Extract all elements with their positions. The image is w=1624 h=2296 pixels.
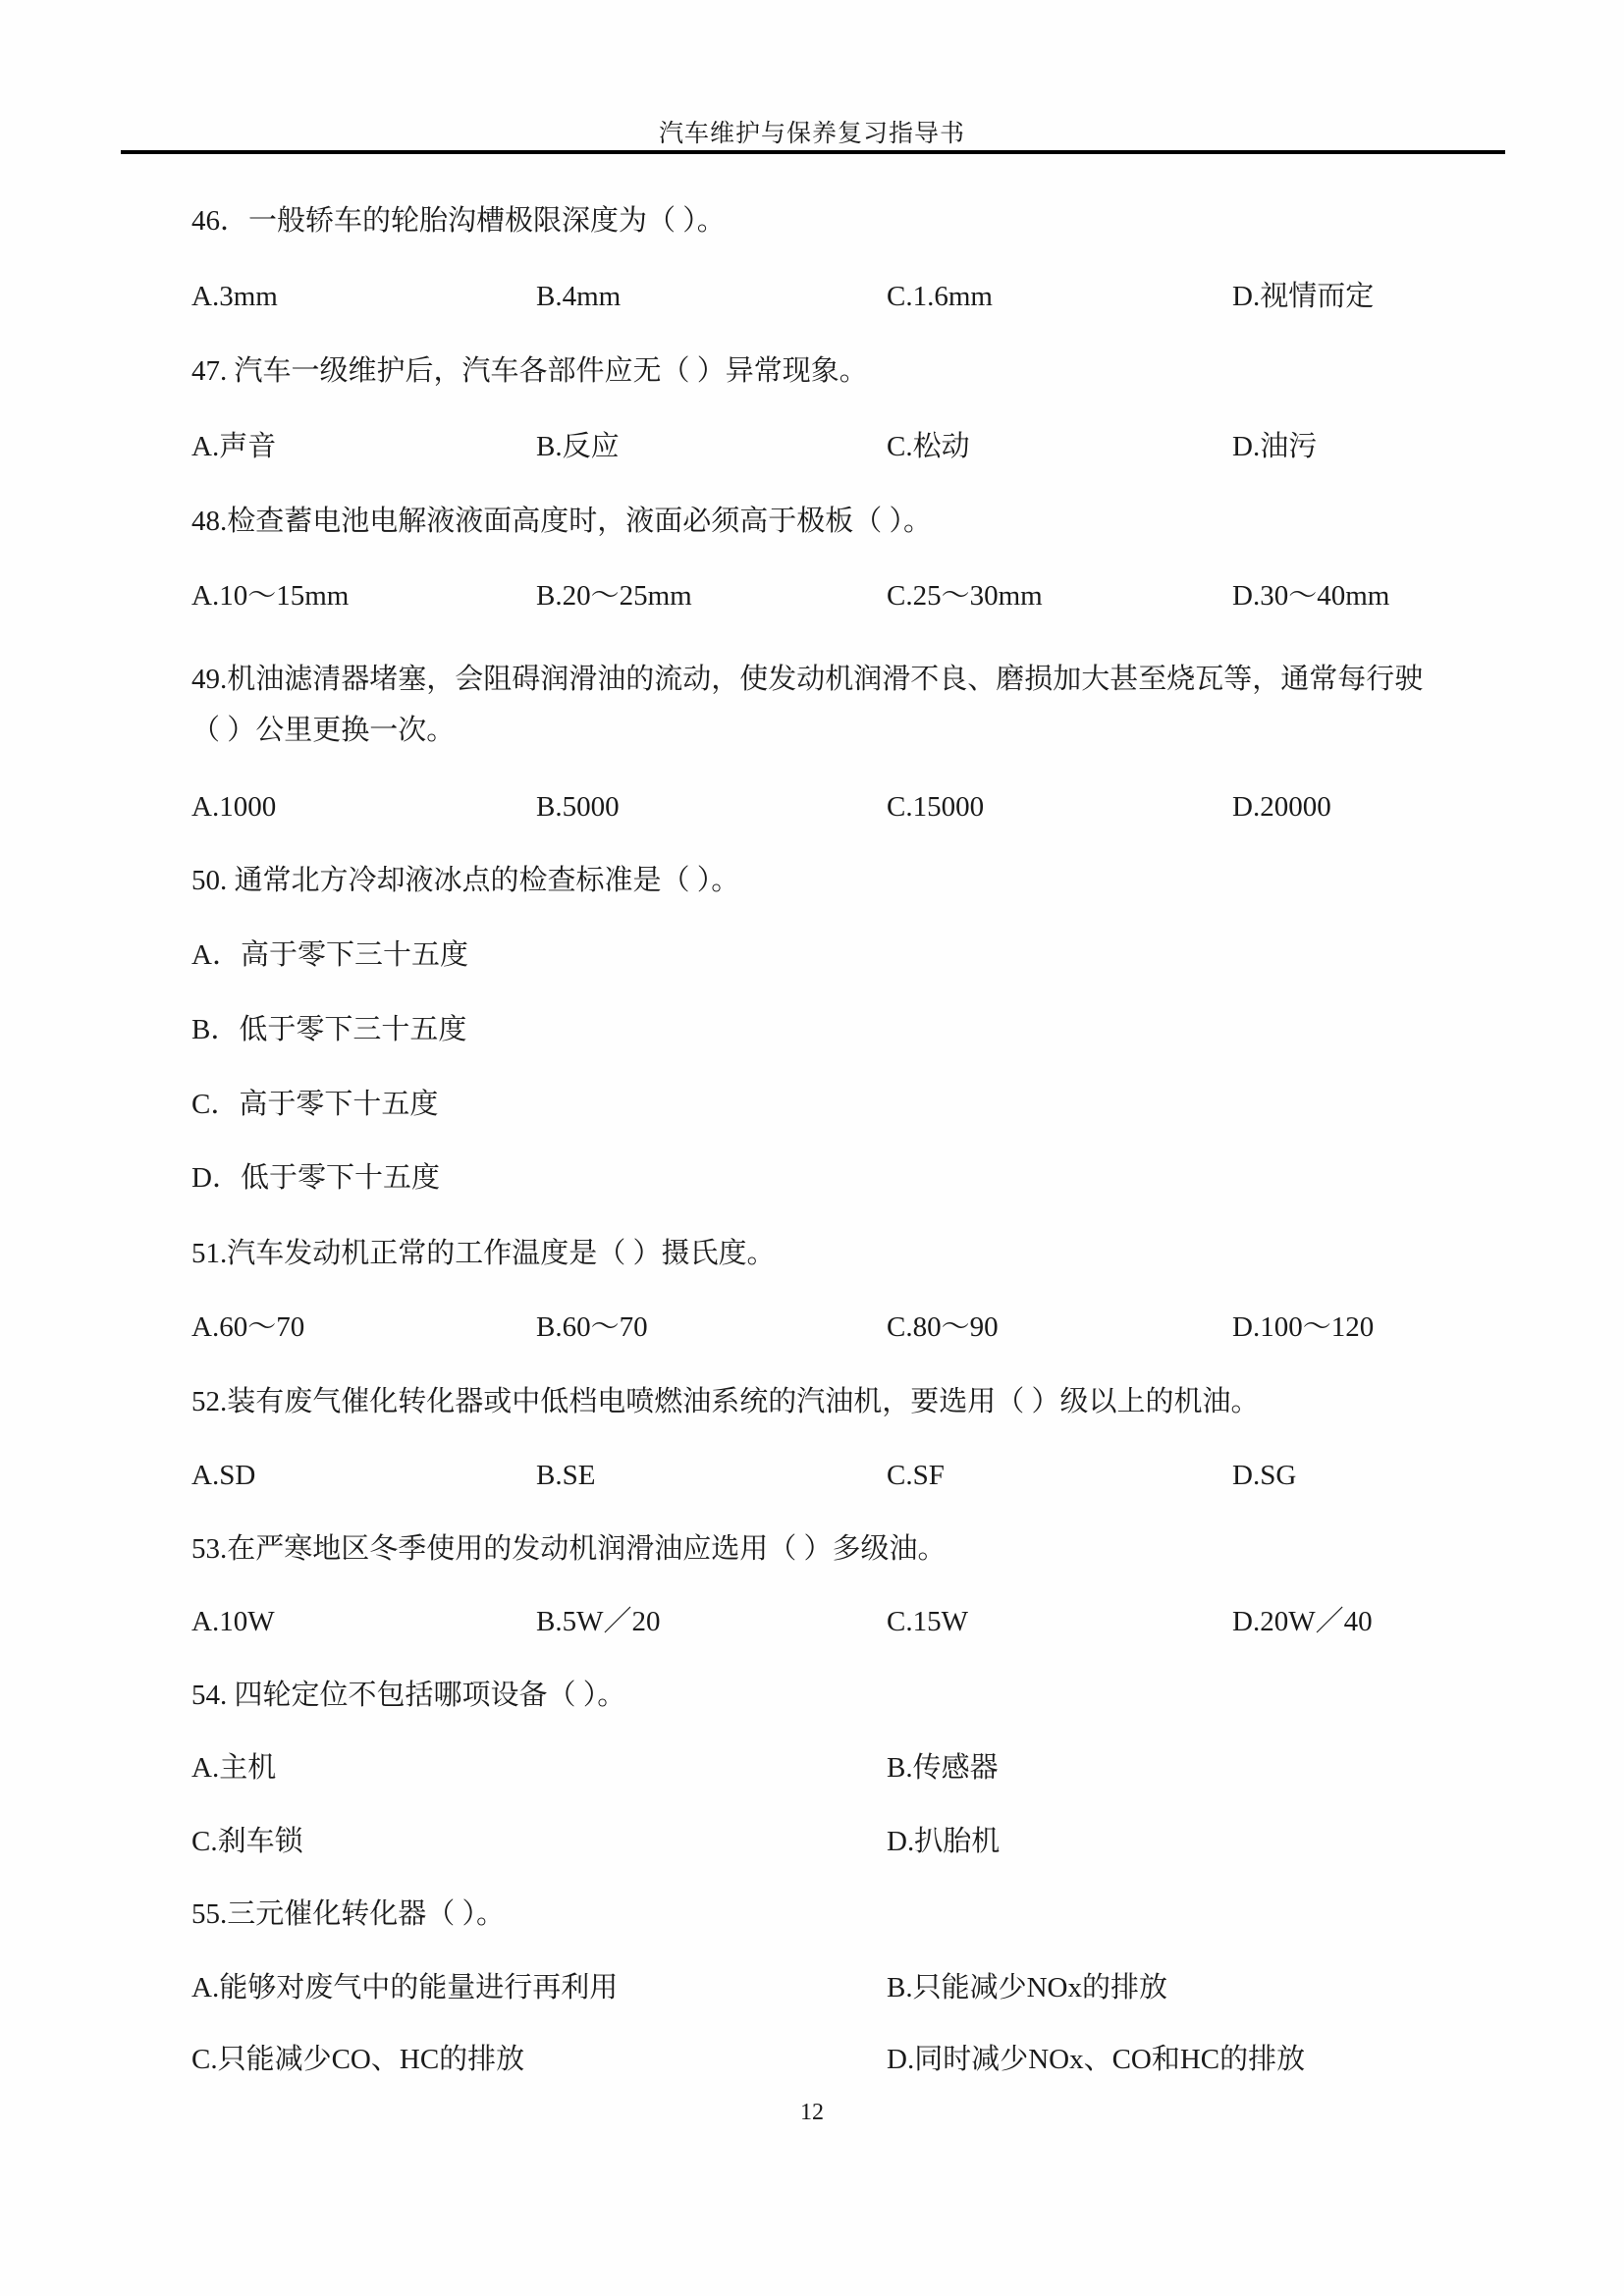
document-header-title: 汽车维护与保养复习指导书 xyxy=(0,114,1624,149)
option-52-a: A.SD xyxy=(191,1458,536,1494)
option-47-a: A.声音 xyxy=(191,429,536,465)
option-51-a: A.60～70 xyxy=(191,1309,536,1346)
question-53-options: A.10W B.5W／20 C.15W D.20W／40 xyxy=(191,1604,1507,1640)
option-48-d: D.30～40mm xyxy=(1232,578,1507,614)
option-51-d: D.100～120 xyxy=(1232,1309,1507,1346)
question-49-options: A.1000 B.5000 C.15000 D.20000 xyxy=(191,789,1507,826)
exam-document-page: 汽车维护与保养复习指导书 46．一般轿车的轮胎沟槽极限深度为（ ）。 A.3mm… xyxy=(0,0,1624,2296)
question-50-text: 50. 通常北方冷却液冰点的检查标准是（ ）。 xyxy=(191,863,1507,899)
option-54-d: D.扒胎机 xyxy=(887,1824,1507,1860)
question-47-text: 47. 汽车一级维护后，汽车各部件应无（ ）异常现象。 xyxy=(191,353,1507,390)
option-50-d: D．低于零下十五度 xyxy=(191,1160,1507,1197)
option-53-d: D.20W／40 xyxy=(1232,1604,1507,1640)
option-51-c: C.80～90 xyxy=(887,1309,1232,1346)
option-50-a: A．高于零下三十五度 xyxy=(191,937,1507,974)
option-46-b: B.4mm xyxy=(536,279,887,315)
question-48-text: 48.检查蓄电池电解液液面高度时，液面必须高于极板（ ）。 xyxy=(191,504,1507,540)
option-55-c: C.只能减少CO、HC的排放 xyxy=(191,2042,887,2078)
question-55-options-cd: C.只能减少CO、HC的排放 D.同时减少NOx、CO和HC的排放 xyxy=(191,2042,1507,2078)
question-52-text: 52.装有废气催化转化器或中低档电喷燃油系统的汽油机，要选用（ ）级以上的机油。 xyxy=(191,1384,1507,1420)
question-54-text: 54. 四轮定位不包括哪项设备（ ）。 xyxy=(191,1678,1507,1714)
option-49-d: D.20000 xyxy=(1232,789,1507,826)
question-51-text: 51.汽车发动机正常的工作温度是（ ）摄氏度。 xyxy=(191,1236,1507,1272)
option-55-b: B.只能减少NOx的排放 xyxy=(887,1970,1507,2006)
option-54-a: A.主机 xyxy=(191,1750,887,1787)
option-48-b: B.20～25mm xyxy=(536,578,887,614)
header-divider-rule xyxy=(121,150,1505,154)
option-47-b: B.反应 xyxy=(536,429,887,465)
option-52-d: D.SG xyxy=(1232,1458,1507,1494)
option-55-a: A.能够对废气中的能量进行再利用 xyxy=(191,1970,887,2006)
question-46-text: 46．一般轿车的轮胎沟槽极限深度为（ ）。 xyxy=(191,203,1507,240)
option-46-d: D.视情而定 xyxy=(1232,279,1507,315)
option-49-c: C.15000 xyxy=(887,789,1232,826)
question-54-options-cd: C.刹车锁 D.扒胎机 xyxy=(191,1824,1507,1860)
option-52-c: C.SF xyxy=(887,1458,1232,1494)
question-49-text-line2: （ ）公里更换一次。 xyxy=(191,713,1507,749)
question-48-options: A.10～15mm B.20～25mm C.25～30mm D.30～40mm xyxy=(191,578,1507,614)
option-50-b: B．低于零下三十五度 xyxy=(191,1012,1507,1048)
option-49-b: B.5000 xyxy=(536,789,887,826)
question-46-options: A.3mm B.4mm C.1.6mm D.视情而定 xyxy=(191,279,1507,315)
question-55-text: 55.三元催化转化器（ ）。 xyxy=(191,1896,1507,1933)
page-number: 12 xyxy=(0,2100,1624,2126)
question-49-text-line1: 49.机油滤清器堵塞，会阻碍润滑油的流动，使发动机润滑不良、磨损加大甚至烧瓦等，… xyxy=(191,662,1507,698)
option-48-c: C.25～30mm xyxy=(887,578,1232,614)
question-54-options-ab: A.主机 B.传感器 xyxy=(191,1750,1507,1787)
option-48-a: A.10～15mm xyxy=(191,578,536,614)
question-53-text: 53.在严寒地区冬季使用的发动机润滑油应选用（ ）多级油。 xyxy=(191,1531,1507,1568)
option-47-c: C.松动 xyxy=(887,429,1232,465)
option-53-a: A.10W xyxy=(191,1604,536,1640)
option-52-b: B.SE xyxy=(536,1458,887,1494)
option-46-c: C.1.6mm xyxy=(887,279,1232,315)
option-47-d: D.油污 xyxy=(1232,429,1507,465)
option-54-b: B.传感器 xyxy=(887,1750,1507,1787)
option-54-c: C.刹车锁 xyxy=(191,1824,887,1860)
option-46-a: A.3mm xyxy=(191,279,536,315)
option-51-b: B.60～70 xyxy=(536,1309,887,1346)
option-50-c: C．高于零下十五度 xyxy=(191,1087,1507,1123)
option-53-b: B.5W／20 xyxy=(536,1604,887,1640)
option-49-a: A.1000 xyxy=(191,789,536,826)
option-55-d: D.同时减少NOx、CO和HC的排放 xyxy=(887,2042,1507,2078)
question-55-options-ab: A.能够对废气中的能量进行再利用 B.只能减少NOx的排放 xyxy=(191,1970,1507,2006)
question-52-options: A.SD B.SE C.SF D.SG xyxy=(191,1458,1507,1494)
question-47-options: A.声音 B.反应 C.松动 D.油污 xyxy=(191,429,1507,465)
question-51-options: A.60～70 B.60～70 C.80～90 D.100～120 xyxy=(191,1309,1507,1346)
option-53-c: C.15W xyxy=(887,1604,1232,1640)
